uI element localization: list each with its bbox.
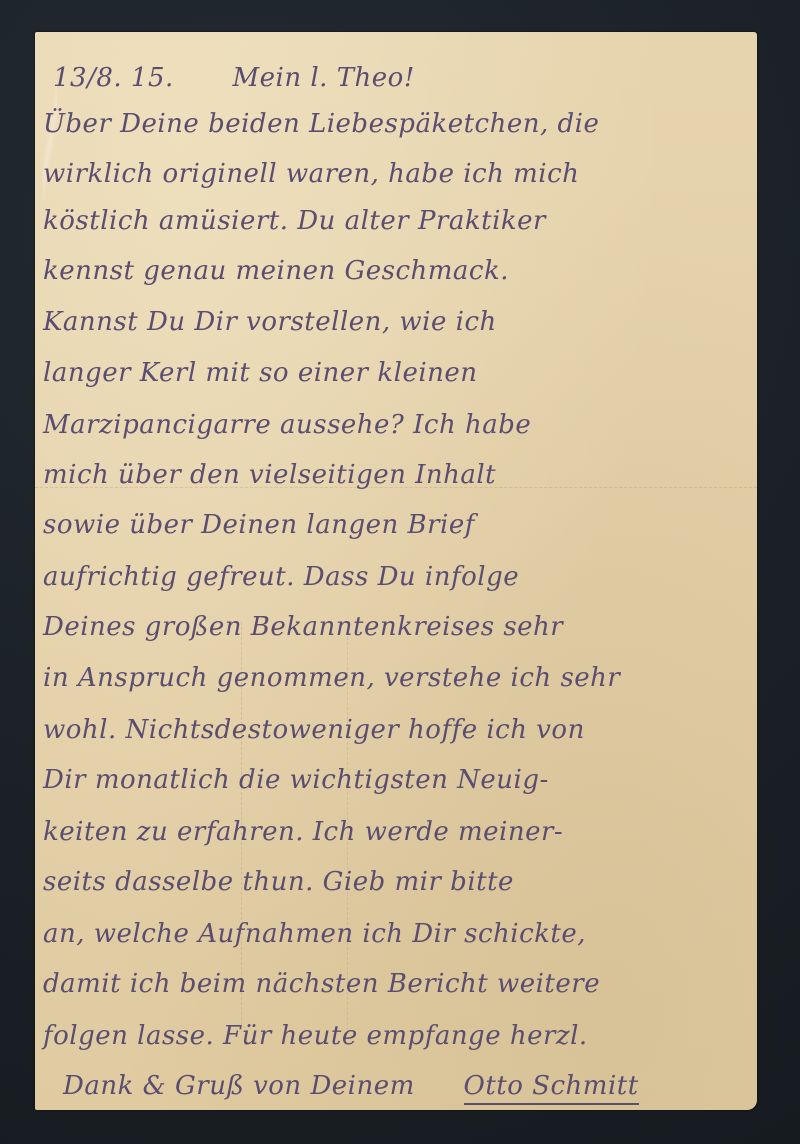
letter-line: seits dasselbe thun. Gieb mir bitte xyxy=(43,864,514,900)
letter-line: aufrichtig gefreut. Dass Du infolge xyxy=(43,559,519,595)
letter-line: köstlich amüsiert. Du alter Praktiker xyxy=(43,203,546,239)
letter-signature: Otto Schmitt xyxy=(464,1071,639,1105)
letter-line: damit ich beim nächsten Bericht weitere xyxy=(43,966,600,1002)
letter-line: Dir monatlich die wichtigsten Neuig- xyxy=(43,762,549,798)
postcard: 13/8. 15. Mein l. Theo! Über Deine beide… xyxy=(35,32,757,1110)
letter-line: Deines großen Bekanntenkreises sehr xyxy=(43,609,563,645)
letter-line: wohl. Nichtsdestoweniger hoffe ich von xyxy=(43,712,585,748)
letter-closing-line: Dank & Gruß von Deinem Otto Schmitt xyxy=(43,1068,639,1104)
letter-line: Kannst Du Dir vorstellen, wie ich xyxy=(43,304,497,340)
letter-line: wirklich originell waren, habe ich mich xyxy=(43,156,579,192)
letter-heading: 13/8. 15. Mein l. Theo! xyxy=(43,60,415,96)
letter-line: keiten zu erfahren. Ich werde meiner- xyxy=(43,814,563,850)
letter-line: langer Kerl mit so einer kleinen xyxy=(43,355,478,391)
letter-date: 13/8. 15. xyxy=(53,63,174,93)
letter-line: Marzipancigarre aussehe? Ich habe xyxy=(43,407,531,443)
letter-line: folgen lasse. Für heute empfange herzl. xyxy=(43,1018,588,1054)
letter-line: Über Deine beiden Liebespäketchen, die xyxy=(43,106,599,142)
letter-salutation: Mein l. Theo! xyxy=(233,63,415,93)
letter-line: kennst genau meinen Geschmack. xyxy=(43,253,509,289)
letter-line: an, welche Aufnahmen ich Dir schickte, xyxy=(43,916,586,952)
letter-line: mich über den vielseitigen Inhalt xyxy=(43,457,496,493)
letter-closing: Dank & Gruß von Deinem xyxy=(63,1071,415,1101)
letter-line: in Anspruch genommen, verstehe ich sehr xyxy=(43,660,620,696)
letter-line: sowie über Deinen langen Brief xyxy=(43,507,475,543)
